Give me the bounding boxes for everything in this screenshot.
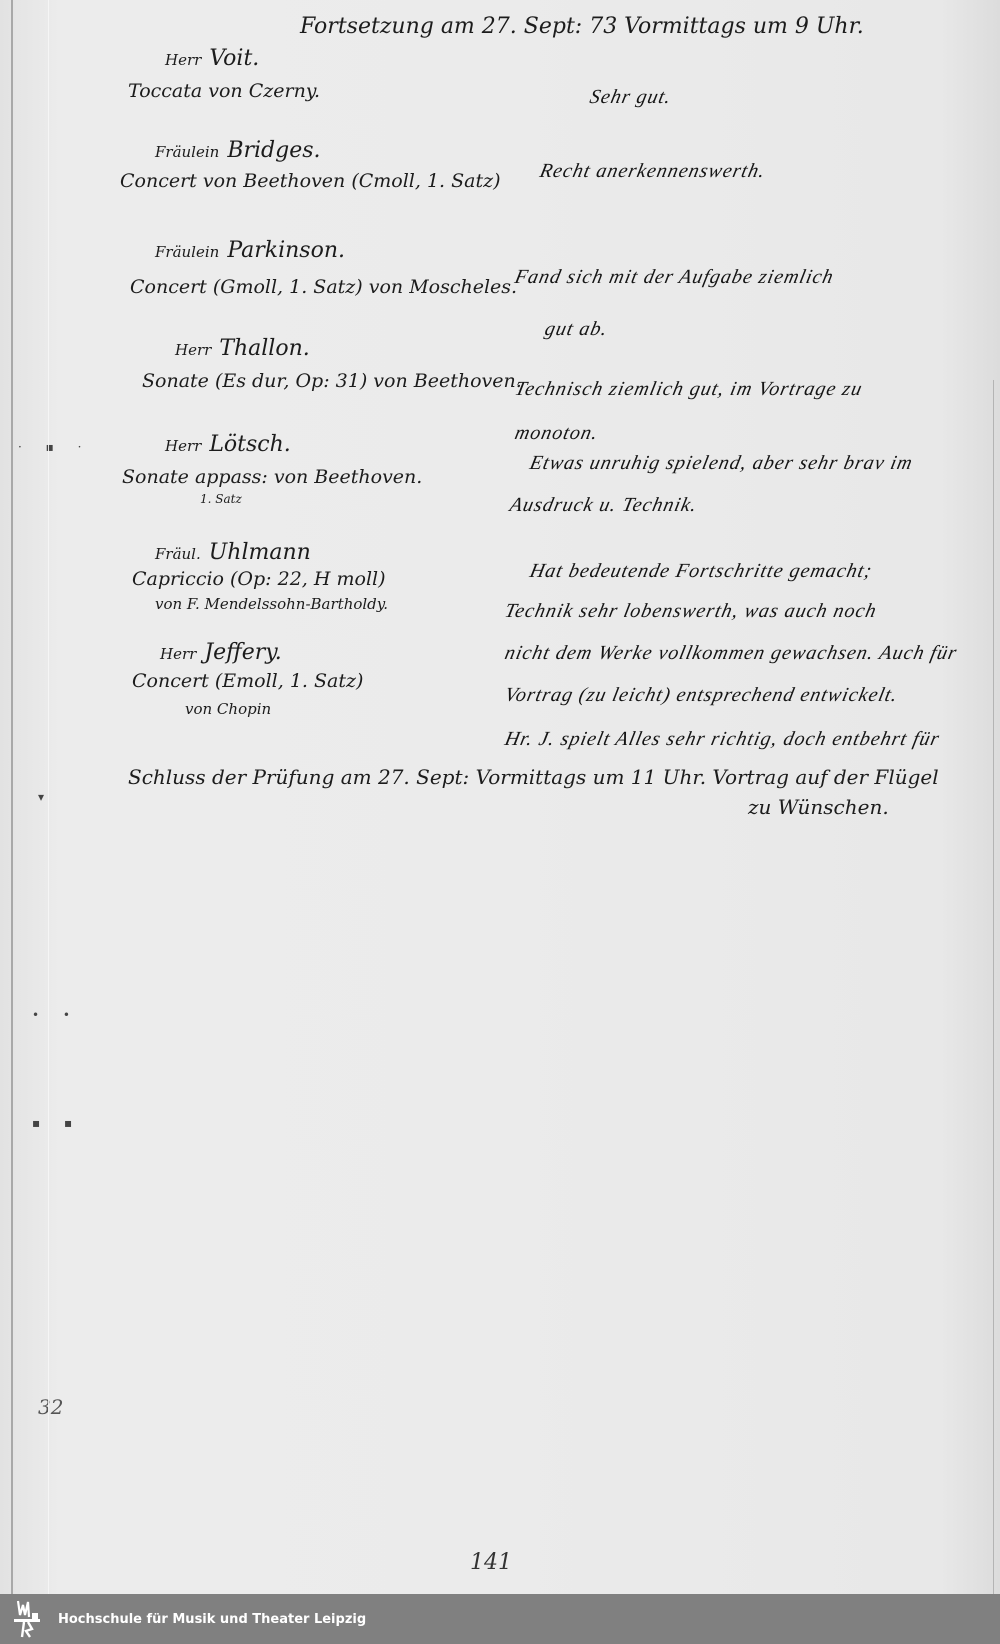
hmt-leipzig-logo-icon xyxy=(10,1599,44,1639)
closing-note-continued: zu Wünschen. xyxy=(748,795,889,819)
examiner-comment: Etwas unruhig spielend, aber sehr brav i… xyxy=(528,452,916,475)
margin-mark: • • xyxy=(32,1008,80,1022)
examiner-comment: Hat bedeutende Fortschritte gemacht; xyxy=(528,560,875,583)
performer-name: HerrLötsch. xyxy=(165,432,291,457)
examiner-comment: Fand sich mit der Aufgabe ziemlich xyxy=(513,266,836,289)
work-title: Capriccio (Op: 22, H moll) xyxy=(132,568,386,590)
work-title: Concert (Emoll, 1. Satz) xyxy=(132,670,363,692)
work-title: Sonate (Es dur, Op: 31) von Beethoven. xyxy=(142,370,522,392)
closing-note: Schluss der Prüfung am 27. Sept: Vormitt… xyxy=(128,765,939,789)
work-title: Concert von Beethoven (Cmoll, 1. Satz) xyxy=(120,170,501,192)
margin-mark: · ▪ · xyxy=(18,440,91,454)
performer-name: HerrVoit. xyxy=(165,46,259,71)
examiner-comment: Technik sehr lobenswerth, was auch noch xyxy=(503,600,879,623)
page-number: 141 xyxy=(470,1550,512,1575)
page-heading: Fortsetzung am 27. Sept: 73 Vormittags u… xyxy=(300,14,864,39)
manuscript-page: Fortsetzung am 27. Sept: 73 Vormittags u… xyxy=(0,0,1000,1594)
work-composer: von F. Mendelssohn-Bartholdy. xyxy=(155,595,388,613)
work-title: Sonate appass: von Beethoven. xyxy=(122,466,422,488)
examiner-comment: Sehr gut. xyxy=(588,86,674,109)
institution-name: Hochschule für Musik und Theater Leipzig xyxy=(58,1612,366,1627)
examiner-comment: gut ab. xyxy=(543,318,610,341)
margin-number: 32 xyxy=(38,1395,63,1419)
performer-name: Fräul.Uhlmann xyxy=(155,540,311,565)
examiner-comment: Ausdruck u. Technik. xyxy=(508,494,700,517)
work-title: Concert (Gmoll, 1. Satz) von Moscheles. xyxy=(130,276,517,298)
examiner-comment: Hr. J. spielt Alles sehr richtig, doch e… xyxy=(503,728,942,751)
work-title: Toccata von Czerny. xyxy=(128,80,320,102)
examiner-comment: Recht anerkennenswerth. xyxy=(538,160,768,183)
work-note: 1. Satz xyxy=(200,492,242,506)
examiner-comment: Technisch ziemlich gut, im Vortrage zu xyxy=(513,378,865,401)
page-edge-line xyxy=(993,380,994,1594)
performer-name: FräuleinBridges. xyxy=(155,138,321,163)
performer-name: HerrJeffery. xyxy=(160,640,282,665)
institution-footer: Hochschule für Musik und Theater Leipzig xyxy=(0,1594,1000,1644)
examiner-comment: monoton. xyxy=(513,422,601,445)
margin-mark: ▾ xyxy=(38,790,54,804)
examiner-comment: Vortrag (zu leicht) entsprechend entwick… xyxy=(503,684,901,707)
performer-name: FräuleinParkinson. xyxy=(155,238,345,263)
margin-mark: ▪ ▪ xyxy=(32,1116,82,1130)
performer-name: HerrThallon. xyxy=(175,336,310,361)
work-composer: von Chopin xyxy=(185,700,271,718)
examiner-comment: nicht dem Werke vollkommen gewachsen. Au… xyxy=(503,642,960,665)
